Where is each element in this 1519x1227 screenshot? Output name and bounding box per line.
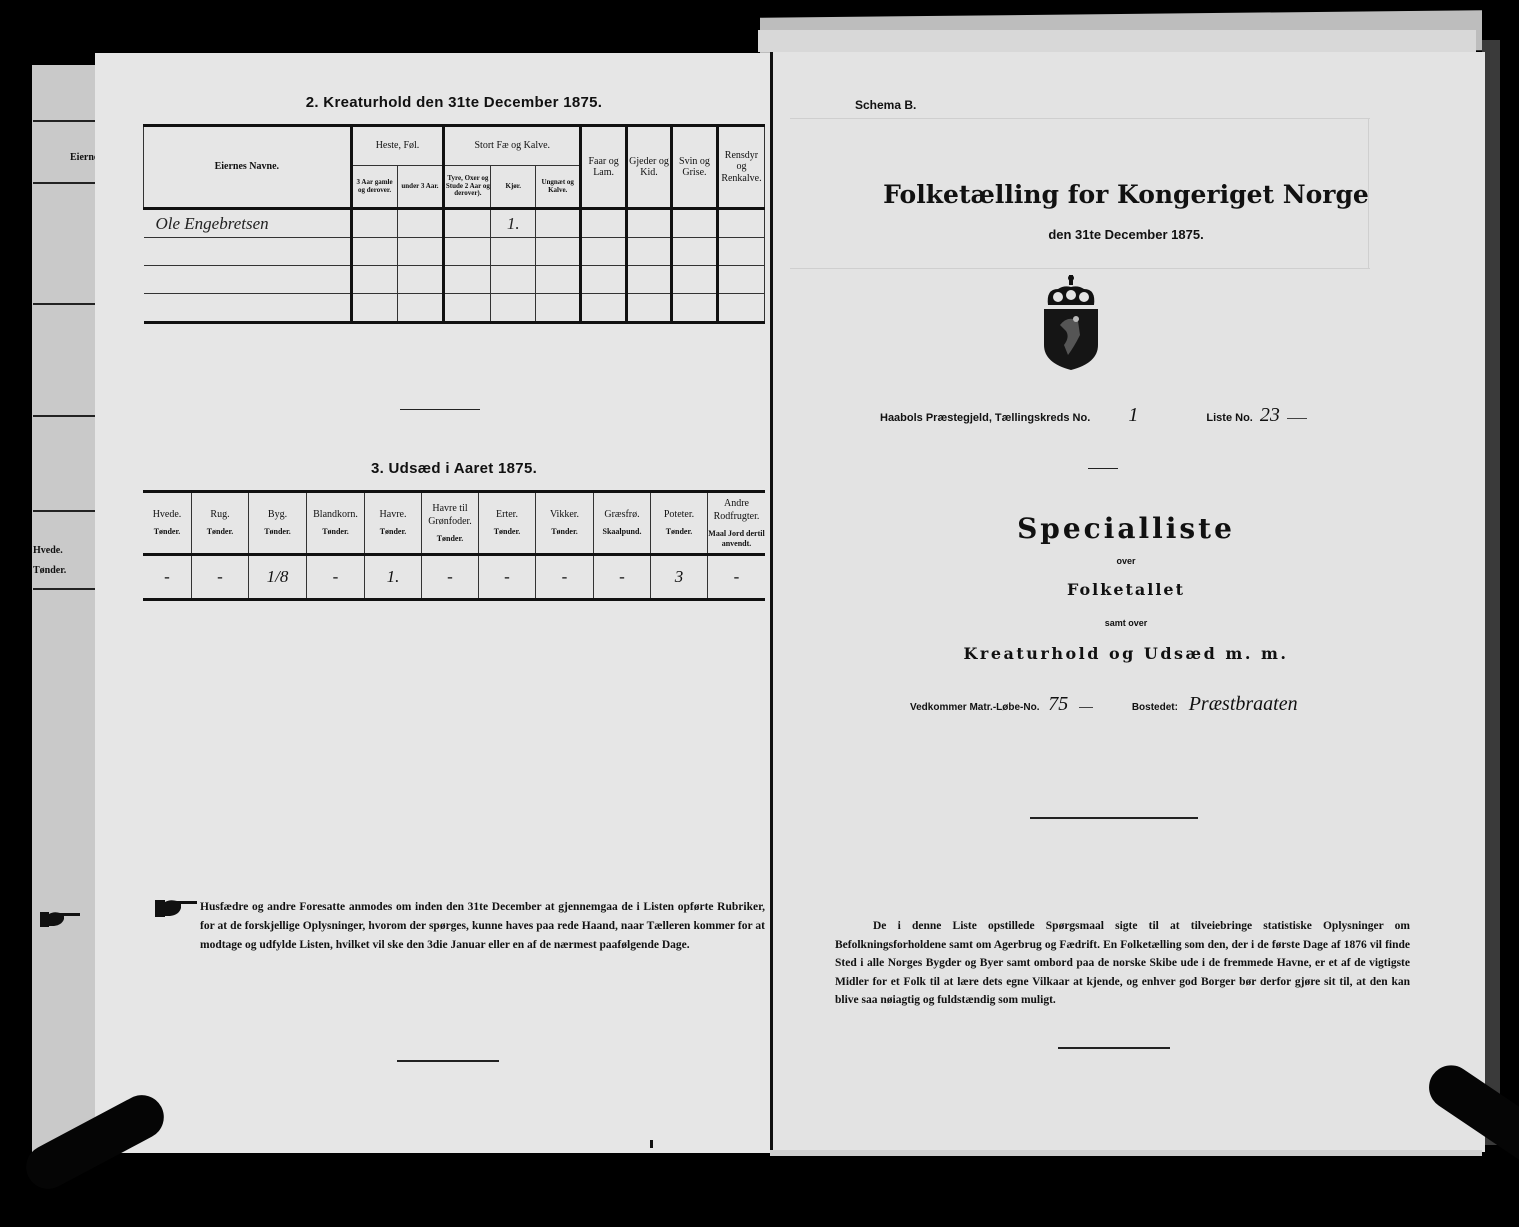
- cell: [717, 266, 764, 294]
- cell: [351, 209, 397, 238]
- crop-value-mixed-grain: -: [307, 555, 365, 600]
- cell: [717, 294, 764, 323]
- header-cattle: Stort Fæ og Kalve.: [444, 126, 581, 166]
- crop-value-other-roots: -: [708, 555, 766, 600]
- kreaturhold-heading: Kreaturhold og Udsæd m. m.: [770, 644, 1482, 663]
- table-row: Ole Engebretsen 1.: [144, 209, 765, 238]
- cell: [491, 266, 536, 294]
- cell: [717, 238, 764, 266]
- cell: [351, 294, 397, 323]
- table-row: - - 1/8 - 1. - - - - 3 -: [143, 555, 765, 600]
- livestock-table: Eiernes Navne. Heste, Føl. Stort Fæ og K…: [143, 124, 765, 324]
- owner-name-cell: Ole Engebretsen: [144, 209, 352, 238]
- crop-value-wheat: -: [143, 555, 192, 600]
- separator-rule: [1088, 468, 1118, 469]
- over-label: over: [770, 556, 1482, 566]
- crop-value-oats: 1.: [365, 555, 422, 600]
- separator-rule: [1030, 817, 1198, 819]
- pointing-hand-icon: [40, 910, 80, 928]
- divider: [33, 588, 95, 590]
- header-cattle-bulls: Tyre, Oxer og Stude 2 Aar og derover).: [444, 166, 491, 209]
- header-vetch: Vikker.Tønder.: [536, 492, 594, 555]
- separator-rule: [397, 1060, 499, 1062]
- header-barley: Byg.Tønder.: [249, 492, 307, 555]
- cell: [717, 209, 764, 238]
- header-reindeer: Rensdyr og Renkalve.: [717, 126, 764, 209]
- parish-label: Haabols Præstegjeld, Tællingskreds No.: [880, 412, 1090, 424]
- cell: [491, 294, 536, 323]
- divider: [33, 415, 95, 417]
- crop-value-green-fodder-oats: -: [422, 555, 479, 600]
- cell: [581, 238, 627, 266]
- cell: [627, 209, 672, 238]
- livestock-section-title: 2. Kreaturhold den 31te December 1875.: [143, 94, 765, 111]
- crop-value-vetch: -: [536, 555, 594, 600]
- cows-cell: 1.: [491, 209, 536, 238]
- header-grass-seed: Græsfrø.Skaalpund.: [594, 492, 651, 555]
- header-wheat: Hvede.Tønder.: [143, 492, 192, 555]
- cell: [672, 209, 718, 238]
- owner-name-cell: [144, 238, 352, 266]
- cell: [444, 209, 491, 238]
- header-potatoes: Poteter.Tønder.: [651, 492, 708, 555]
- schema-label: Schema B.: [855, 98, 916, 112]
- crop-value-barley: 1/8: [249, 555, 307, 600]
- page-stack-edge: [758, 30, 1476, 52]
- cell: [536, 238, 581, 266]
- cell: [581, 266, 627, 294]
- crop-value-peas: -: [479, 555, 536, 600]
- cell: [351, 238, 397, 266]
- underlying-page-left: [32, 65, 102, 1163]
- matr-number: 75: [1048, 693, 1068, 715]
- header-peas: Erter.Tønder.: [479, 492, 536, 555]
- crop-value-grass-seed: -: [594, 555, 651, 600]
- divider: [33, 120, 95, 122]
- underlying-crop-fragment: Hvede.: [33, 545, 63, 556]
- crops-table: Hvede.Tønder. Rug.Tønder. Byg.Tønder. Bl…: [143, 490, 765, 601]
- cell: [672, 266, 718, 294]
- ghost-line: [790, 268, 1370, 269]
- list-number: 23: [1260, 404, 1280, 426]
- header-horses-young: under 3 Aar.: [397, 166, 444, 209]
- cell: [627, 266, 672, 294]
- table-row: [144, 238, 765, 266]
- owner-name-cell: [144, 266, 352, 294]
- crop-value-potatoes: 3: [651, 555, 708, 600]
- cell: [397, 266, 444, 294]
- cell: [581, 209, 627, 238]
- separator-rule: [1058, 1047, 1170, 1049]
- header-green-fodder-oats: Havre til Grønfoder.Tønder.: [422, 492, 479, 555]
- crops-section-title: 3. Udsæd i Aaret 1875.: [143, 460, 765, 477]
- header-rye: Rug.Tønder.: [192, 492, 249, 555]
- samt-over-label: samt over: [770, 618, 1482, 628]
- header-cattle-young: Ungnæt og Kalve.: [536, 166, 581, 209]
- place-label: Bostedet:: [1132, 702, 1178, 713]
- property-line: Vedkommer Matr.-Løbe-No. 75 Bostedet: Pr…: [910, 693, 1298, 716]
- cell: [397, 294, 444, 323]
- document-date: den 31te December 1875.: [770, 227, 1482, 242]
- page-bottom-edge: [770, 1150, 1482, 1156]
- parish-district-line: Haabols Præstegjeld, Tællingskreds No. 1…: [880, 404, 1307, 427]
- document-title: Folketælling for Kongeriget Norge: [770, 180, 1482, 209]
- header-oats: Havre.Tønder.: [365, 492, 422, 555]
- cell: [536, 266, 581, 294]
- cell: [444, 294, 491, 323]
- folketallet-heading: Folketallet: [770, 580, 1482, 599]
- pointing-hand-icon: [155, 898, 195, 916]
- cell: [351, 266, 397, 294]
- header-owner-name: Eiernes Navne.: [144, 126, 352, 209]
- table-row: [144, 294, 765, 323]
- cell: [627, 238, 672, 266]
- specialliste-heading: Specialliste: [770, 512, 1482, 545]
- cell: [397, 238, 444, 266]
- coat-of-arms-icon: [1040, 275, 1102, 370]
- ink-mark: [650, 1140, 653, 1148]
- explanatory-text: De i denne Liste opstillede Spørgsmaal s…: [835, 917, 1410, 1010]
- cell: [627, 294, 672, 323]
- cell: [444, 238, 491, 266]
- cell: [672, 238, 718, 266]
- list-label: Liste No.: [1206, 412, 1252, 424]
- matr-label: Vedkommer Matr.-Løbe-No.: [910, 702, 1039, 713]
- header-cattle-cows: Kjør.: [491, 166, 536, 209]
- instructions-notice: Husfædre og andre Foresatte anmodes om i…: [200, 898, 765, 955]
- divider: [33, 303, 95, 305]
- cell: [536, 209, 581, 238]
- underlying-crop-fragment: Tønder.: [33, 565, 66, 576]
- cell: [536, 294, 581, 323]
- header-other-roots: Andre Rodfrugter.Maal Jord dertil anvend…: [708, 492, 766, 555]
- cell: [444, 266, 491, 294]
- cell: [397, 209, 444, 238]
- cell: [672, 294, 718, 323]
- header-horses: Heste, Føl.: [351, 126, 444, 166]
- place-value: Præstbraaten: [1189, 693, 1298, 715]
- cell: [491, 238, 536, 266]
- header-mixed-grain: Blandkorn.Tønder.: [307, 492, 365, 555]
- header-pigs: Svin og Grise.: [672, 126, 718, 209]
- cell: [581, 294, 627, 323]
- crop-value-rye: -: [192, 555, 249, 600]
- header-horses-old: 3 Aar gamle og derover.: [351, 166, 397, 209]
- district-number: 1: [1093, 404, 1173, 427]
- ghost-line: [790, 118, 1370, 119]
- owner-name-cell: [144, 294, 352, 323]
- divider: [33, 182, 95, 184]
- header-sheep: Faar og Lam.: [581, 126, 627, 209]
- separator-rule: [400, 409, 480, 410]
- table-row: [144, 266, 765, 294]
- divider: [33, 510, 95, 512]
- header-goats: Gjeder og Kid.: [627, 126, 672, 209]
